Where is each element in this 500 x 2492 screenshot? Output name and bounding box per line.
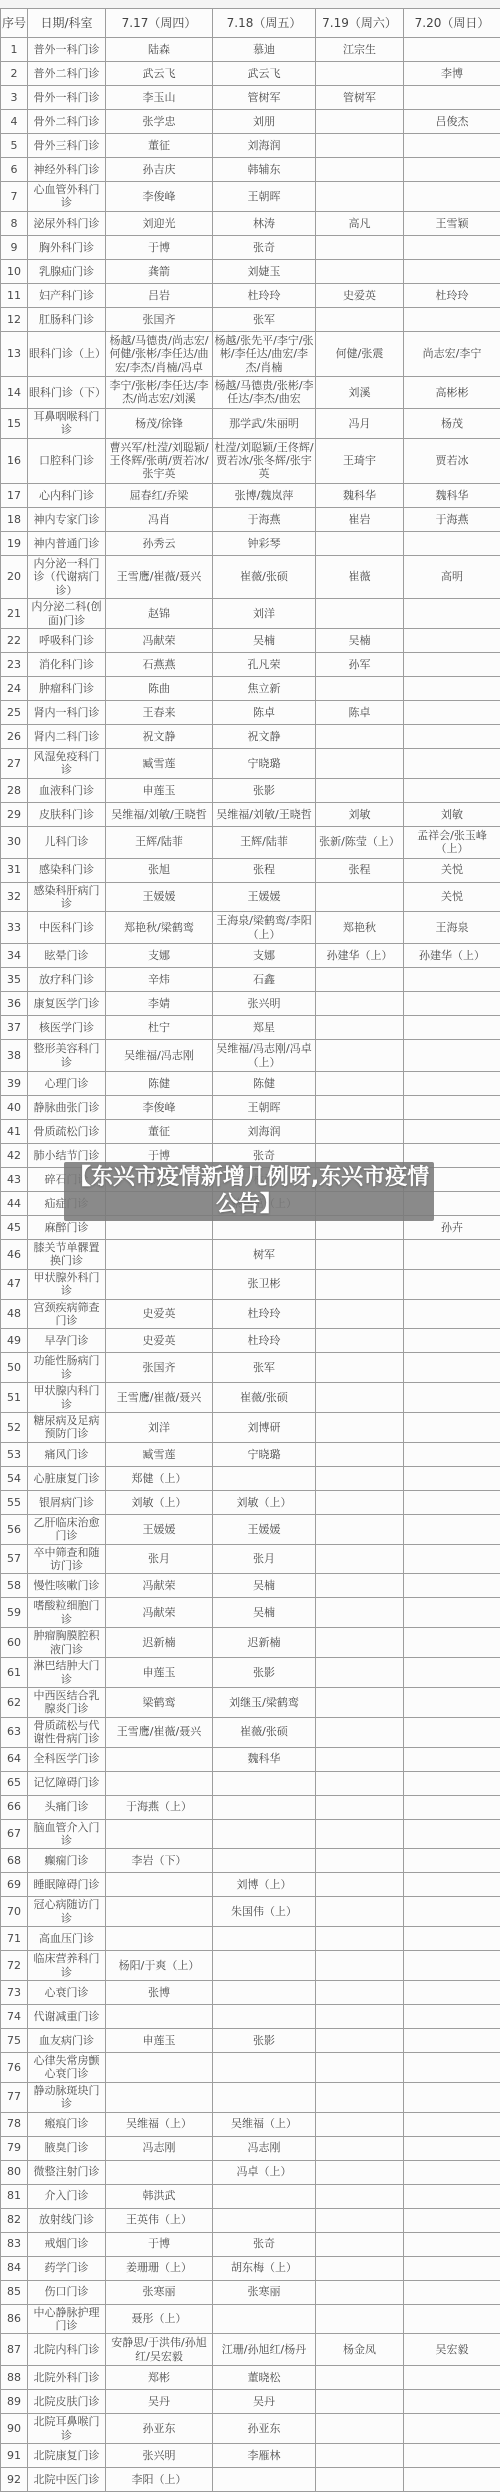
row-number: 36 <box>1 992 28 1016</box>
table-row: 52糖尿病及足病预防门诊刘洋刘博研 <box>1 1413 500 1443</box>
table-row: 5骨外三科门诊董征刘海润 <box>1 134 500 158</box>
row-number: 26 <box>1 724 28 748</box>
table-row: 71高血压门诊 <box>1 1927 500 1951</box>
doctor-cell-720 <box>404 1490 500 1514</box>
department-cell: 妇产科门诊 <box>28 283 106 307</box>
doctor-cell-717: 赵锦 <box>106 599 213 629</box>
row-number: 13 <box>1 331 28 376</box>
header-date-718: 7.18（周五） <box>213 9 316 38</box>
doctor-cell-717: 陈曲 <box>106 676 213 700</box>
doctor-cell-719 <box>316 599 404 629</box>
doctor-cell-719 <box>316 2366 404 2390</box>
doctor-cell-717: 冯肖 <box>106 507 213 531</box>
doctor-cell-718: 杜滢/刘聪颖/王佟辉/贾若冰/张冬辉/张宇英 <box>213 438 316 483</box>
doctor-cell-719 <box>316 1927 404 1951</box>
table-row: 59嗜酸粒细胞门诊冯献荣吴楠 <box>1 1598 500 1628</box>
department-cell: 甲状腺外科门诊 <box>28 1269 106 1299</box>
table-row: 39心理门诊陈健陈健 <box>1 1071 500 1095</box>
doctor-cell-717: 王媛媛 <box>106 1514 213 1544</box>
doctor-cell-720 <box>404 2232 500 2256</box>
doctor-cell-718: 刘朋 <box>213 110 316 134</box>
doctor-cell-718 <box>213 1771 316 1795</box>
row-number: 56 <box>1 1514 28 1544</box>
row-number: 60 <box>1 1628 28 1658</box>
department-cell: 心脏康复门诊 <box>28 1466 106 1490</box>
department-cell: 神经外科门诊 <box>28 158 106 182</box>
doctor-cell-719 <box>316 2028 404 2052</box>
doctor-cell-720 <box>404 1795 500 1819</box>
row-number: 7 <box>1 182 28 212</box>
doctor-cell-720 <box>404 1466 500 1490</box>
table-row: 57卒中筛查和随访门诊张月张月 <box>1 1544 500 1574</box>
table-row: 60肿瘤胸膜腔积液门诊迟新楠迟新楠 <box>1 1628 500 1658</box>
doctor-cell-717: 史爱英 <box>106 1329 213 1353</box>
table-row: 9胸外科门诊于博张奇 <box>1 235 500 259</box>
doctor-cell-719 <box>316 1299 404 1329</box>
table-row: 83戒烟门诊于博张奇 <box>1 2232 500 2256</box>
doctor-cell-719 <box>316 134 404 158</box>
row-number: 11 <box>1 283 28 307</box>
row-number: 59 <box>1 1598 28 1628</box>
table-row: 69睡眠障碍门诊刘博（上） <box>1 1873 500 1897</box>
doctor-cell-718: 吴楠 <box>213 1598 316 1628</box>
doctor-cell-719 <box>316 110 404 134</box>
table-row: 10乳腺疝门诊龚箭刘婕玉 <box>1 259 500 283</box>
doctor-cell-718: 于海燕 <box>213 507 316 531</box>
doctor-cell-717: 迟新楠 <box>106 1628 213 1658</box>
department-cell: 戒烟门诊 <box>28 2232 106 2256</box>
department-cell: 北院耳鼻喉门诊 <box>28 2414 106 2444</box>
row-number: 12 <box>1 307 28 331</box>
doctor-cell-719: 魏科华 <box>316 483 404 507</box>
doctor-cell-720 <box>404 2028 500 2052</box>
doctor-cell-719 <box>316 1687 404 1717</box>
row-number: 49 <box>1 1329 28 1353</box>
doctor-cell-717: 王雪鹰/崔薇/聂兴 <box>106 555 213 598</box>
header-date-717: 7.17（周四） <box>106 9 213 38</box>
row-number: 50 <box>1 1353 28 1383</box>
doctor-cell-719 <box>316 676 404 700</box>
department-cell: 内分泌二科(创面)门诊 <box>28 599 106 629</box>
row-number: 91 <box>1 2444 28 2468</box>
row-number: 2 <box>1 62 28 86</box>
doctor-cell-720: 于海燕 <box>404 507 500 531</box>
doctor-cell-720 <box>404 2304 500 2334</box>
table-row: 36康复医学门诊李婧张兴明 <box>1 992 500 1016</box>
doctor-cell-720 <box>404 1269 500 1299</box>
row-number: 54 <box>1 1466 28 1490</box>
doctor-cell-718: 李雁林 <box>213 2444 316 2468</box>
doctor-cell-720: 关悦 <box>404 858 500 882</box>
department-cell: 骨外一科门诊 <box>28 86 106 110</box>
doctor-cell-720 <box>404 1383 500 1413</box>
department-cell: 北院皮肤门诊 <box>28 2390 106 2414</box>
doctor-cell-719: 孙建华（上） <box>316 944 404 968</box>
doctor-cell-718: 胡东梅（上） <box>213 2256 316 2280</box>
department-cell: 早孕门诊 <box>28 1329 106 1353</box>
doctor-cell-719 <box>316 1544 404 1574</box>
doctor-cell-719 <box>316 1514 404 1544</box>
doctor-cell-717: 于博 <box>106 235 213 259</box>
doctor-cell-720 <box>404 700 500 724</box>
table-row: 63骨质疏松与代谢性骨病门诊王雪鹰/崔薇/聂兴崔薇/张硕 <box>1 1717 500 1747</box>
row-number: 14 <box>1 377 28 409</box>
doctor-cell-717: 祝文静 <box>106 724 213 748</box>
department-cell: 北院外科门诊 <box>28 2366 106 2390</box>
table-row: 46膝关节单髁置换门诊树军 <box>1 1239 500 1269</box>
doctor-cell-719 <box>316 1717 404 1747</box>
row-number: 28 <box>1 778 28 802</box>
table-row: 14眼科门诊（下）李宁/张彬/李任达/李杰/尚志宏/刘溪杨越/马德贵/张彬/李任… <box>1 377 500 409</box>
doctor-cell-717: 申莲玉 <box>106 2028 213 2052</box>
doctor-cell-717: 冯献荣 <box>106 1598 213 1628</box>
row-number: 87 <box>1 2334 28 2366</box>
doctor-cell-718: 张军 <box>213 307 316 331</box>
department-cell: 康复医学门诊 <box>28 992 106 1016</box>
doctor-cell-719: 刘敏 <box>316 802 404 826</box>
doctor-cell-717: 杨越/马德贵/尚志宏/何健/张彬/李任达/曲宏/李杰/肖楠/冯卓 <box>106 331 213 376</box>
doctor-cell-719 <box>316 1849 404 1873</box>
table-row: 66头痛门诊于海燕（上） <box>1 1795 500 1819</box>
doctor-cell-717 <box>106 1771 213 1795</box>
doctor-cell-720 <box>404 2366 500 2390</box>
department-cell: 骨质疏松与代谢性骨病门诊 <box>28 1717 106 1747</box>
doctor-cell-718: 慕迪 <box>213 38 316 62</box>
doctor-cell-720: 王雪颖 <box>404 211 500 235</box>
department-cell: 功能性肠病门诊 <box>28 1353 106 1383</box>
doctor-cell-717: 申莲玉 <box>106 778 213 802</box>
doctor-cell-718: 刘博（上） <box>213 1873 316 1897</box>
doctor-cell-719 <box>316 1819 404 1849</box>
doctor-cell-717: 姜珊珊（上） <box>106 2256 213 2280</box>
row-number: 15 <box>1 408 28 438</box>
doctor-cell-720 <box>404 2468 500 2492</box>
doctor-cell-719 <box>316 1329 404 1353</box>
doctor-cell-720 <box>404 2004 500 2028</box>
doctor-cell-718: 张影 <box>213 2028 316 2052</box>
header-row: 序号 日期/科室 7.17（周四） 7.18（周五） 7.19（周六） 7.20… <box>1 9 500 38</box>
doctor-cell-718: 武云飞 <box>213 62 316 86</box>
row-number: 16 <box>1 438 28 483</box>
department-cell: 放疗科门诊 <box>28 968 106 992</box>
table-row: 6神经外科门诊孙吉庆韩辅东 <box>1 158 500 182</box>
department-cell: 耳鼻咽喉科门诊 <box>28 408 106 438</box>
doctor-cell-720: 孙建华（上） <box>404 944 500 968</box>
doctor-cell-720 <box>404 1299 500 1329</box>
doctor-cell-719: 孙军 <box>316 652 404 676</box>
row-number: 92 <box>1 2468 28 2492</box>
department-cell: 普外二科门诊 <box>28 62 106 86</box>
doctor-cell-719: 张程 <box>316 858 404 882</box>
doctor-cell-718: 刘敏（上） <box>213 1490 316 1514</box>
doctor-cell-717: 吴丹 <box>106 2390 213 2414</box>
row-number: 23 <box>1 652 28 676</box>
doctor-cell-719 <box>316 1658 404 1688</box>
doctor-cell-718 <box>213 2184 316 2208</box>
doctor-cell-720 <box>404 2082 500 2112</box>
doctor-cell-717: 王英伟（上） <box>106 2208 213 2232</box>
doctor-cell-720 <box>404 1119 500 1143</box>
row-number: 30 <box>1 826 28 858</box>
row-number: 4 <box>1 110 28 134</box>
table-row: 27风湿免疫科门诊臧雪莲宁晓璐 <box>1 748 500 778</box>
doctor-cell-718: 魏科华 <box>213 1747 316 1771</box>
row-number: 73 <box>1 1980 28 2004</box>
doctor-cell-717: 龚箭 <box>106 259 213 283</box>
doctor-cell-717: 王春来 <box>106 700 213 724</box>
doctor-cell-718: 陈健 <box>213 1071 316 1095</box>
row-number: 85 <box>1 2280 28 2304</box>
table-row: 29皮肤科门诊吴维福/刘敏/王晓哲吴维福/刘敏/王晓哲刘敏刘敏 <box>1 802 500 826</box>
doctor-cell-720 <box>404 1897 500 1927</box>
doctor-cell-719 <box>316 2304 404 2334</box>
doctor-cell-720 <box>404 259 500 283</box>
doctor-cell-717: 臧雪莲 <box>106 1442 213 1466</box>
department-cell: 中医科门诊 <box>28 912 106 944</box>
doctor-cell-719: 郑艳秋 <box>316 912 404 944</box>
row-number: 34 <box>1 944 28 968</box>
department-cell: 核医学门诊 <box>28 1016 106 1040</box>
doctor-cell-719 <box>316 2004 404 2028</box>
doctor-cell-717: 杨阳/于爽（上） <box>106 1951 213 1981</box>
doctor-cell-719 <box>316 158 404 182</box>
department-cell: 介入门诊 <box>28 2184 106 2208</box>
doctor-cell-718: 林涛 <box>213 211 316 235</box>
doctor-cell-719 <box>316 1980 404 2004</box>
doctor-cell-718: 刘海润 <box>213 1119 316 1143</box>
row-number: 25 <box>1 700 28 724</box>
doctor-cell-718: 管树军 <box>213 86 316 110</box>
doctor-cell-720 <box>404 599 500 629</box>
table-row: 11妇产科门诊吕岩杜玲玲史爱英杜玲玲 <box>1 283 500 307</box>
doctor-cell-718: 石鑫 <box>213 968 316 992</box>
doctor-cell-718: 宁晓璐 <box>213 1442 316 1466</box>
doctor-cell-718: 刘婕玉 <box>213 259 316 283</box>
doctor-cell-719 <box>316 2112 404 2136</box>
doctor-cell-717: 王雪鹰/崔薇/聂兴 <box>106 1383 213 1413</box>
row-number: 31 <box>1 858 28 882</box>
table-row: 67脑血管介入门诊 <box>1 1819 500 1849</box>
doctor-cell-720 <box>404 1514 500 1544</box>
department-cell: 银屑病门诊 <box>28 1490 106 1514</box>
doctor-cell-719 <box>316 1873 404 1897</box>
doctor-cell-718 <box>213 2082 316 2112</box>
row-number: 27 <box>1 748 28 778</box>
doctor-cell-717: 辛炜 <box>106 968 213 992</box>
table-row: 49早孕门诊史爱英杜玲玲 <box>1 1329 500 1353</box>
department-cell: 全科医学门诊 <box>28 1747 106 1771</box>
doctor-cell-719: 崔薇 <box>316 555 404 598</box>
doctor-cell-718 <box>213 1466 316 1490</box>
doctor-cell-720: 王海泉 <box>404 912 500 944</box>
department-cell: 北院内科门诊 <box>28 2334 106 2366</box>
row-number: 63 <box>1 1717 28 1747</box>
doctor-cell-717: 吴维福（上） <box>106 2112 213 2136</box>
doctor-cell-718: 刘博研 <box>213 1413 316 1443</box>
table-row: 92北院中医门诊李阳（上） <box>1 2468 500 2492</box>
doctor-cell-718: 王朝晖 <box>213 182 316 212</box>
table-row: 75血友病门诊申莲玉张影 <box>1 2028 500 2052</box>
doctor-cell-717: 王雪鹰/崔薇/聂兴 <box>106 1717 213 1747</box>
table-row: 35放疗科门诊辛炜石鑫 <box>1 968 500 992</box>
table-row: 1普外一科门诊陆森慕迪江宗生 <box>1 38 500 62</box>
doctor-cell-718: 张奇 <box>213 2232 316 2256</box>
table-row: 26肾内二科门诊祝文静祝文静 <box>1 724 500 748</box>
table-row: 77静动脉斑块门诊 <box>1 2082 500 2112</box>
doctor-cell-717: 董征 <box>106 134 213 158</box>
row-number: 39 <box>1 1071 28 1095</box>
doctor-cell-718: 王媛媛 <box>213 882 316 912</box>
department-cell: 内分泌一科门诊（代谢病门诊） <box>28 555 106 598</box>
table-row: 15耳鼻咽喉科门诊杨茂/徐锋那学武/朱丽明冯月杨茂 <box>1 408 500 438</box>
doctor-cell-718: 刘海润 <box>213 134 316 158</box>
doctor-cell-719 <box>316 2082 404 2112</box>
doctor-cell-719 <box>316 1628 404 1658</box>
department-cell: 伤口门诊 <box>28 2280 106 2304</box>
doctor-cell-717: 张月 <box>106 1544 213 1574</box>
table-row: 89北院皮肤门诊吴丹吴丹 <box>1 2390 500 2414</box>
doctor-cell-717: 郑艳秋/梁鹤鸾 <box>106 912 213 944</box>
row-number: 48 <box>1 1299 28 1329</box>
doctor-cell-718: 王朝晖 <box>213 1095 316 1119</box>
doctor-cell-719 <box>316 1383 404 1413</box>
doctor-cell-720 <box>404 531 500 555</box>
table-row: 48宫颈疾病筛查门诊史爱英杜玲玲 <box>1 1299 500 1329</box>
department-cell: 骨质疏松门诊 <box>28 1119 106 1143</box>
doctor-cell-717: 李阳（上） <box>106 2468 213 2492</box>
doctor-cell-719 <box>316 778 404 802</box>
doctor-cell-720 <box>404 182 500 212</box>
table-row: 58慢性咳嗽门诊冯献荣吴楠 <box>1 1574 500 1598</box>
doctor-cell-720 <box>404 307 500 331</box>
table-row: 18神内专家门诊冯肖于海燕崔岩于海燕 <box>1 507 500 531</box>
department-cell: 整形美容科门诊 <box>28 1040 106 1072</box>
doctor-cell-719 <box>316 968 404 992</box>
doctor-cell-717: 于海燕（上） <box>106 1795 213 1819</box>
doctor-cell-717: 孙吉庆 <box>106 158 213 182</box>
doctor-cell-719: 吴楠 <box>316 628 404 652</box>
table-row: 64全科医学门诊魏科华 <box>1 1747 500 1771</box>
department-cell: 甲状腺内科门诊 <box>28 1383 106 1413</box>
doctor-cell-720 <box>404 1353 500 1383</box>
table-row: 41骨质疏松门诊董征刘海润 <box>1 1119 500 1143</box>
doctor-cell-720 <box>404 1873 500 1897</box>
doctor-cell-718: 杨越/马德贵/张彬/李任达/李杰/曲宏 <box>213 377 316 409</box>
table-row: 73心衰门诊张博 <box>1 1980 500 2004</box>
doctor-cell-719 <box>316 307 404 331</box>
row-number: 37 <box>1 1016 28 1040</box>
department-cell: 儿科门诊 <box>28 826 106 858</box>
doctor-cell-719: 崔岩 <box>316 507 404 531</box>
doctor-cell-720: 高彬彬 <box>404 377 500 409</box>
table-row: 3骨外一科门诊李玉山管树军管树军 <box>1 86 500 110</box>
doctor-cell-717: 孙秀云 <box>106 531 213 555</box>
doctor-cell-720 <box>404 1040 500 1072</box>
row-number: 33 <box>1 912 28 944</box>
doctor-cell-718: 崔薇/张硕 <box>213 1383 316 1413</box>
doctor-cell-720 <box>404 134 500 158</box>
doctor-cell-718: 焦立新 <box>213 676 316 700</box>
table-row: 50功能性肠病门诊张国齐张军 <box>1 1353 500 1383</box>
table-row: 81介入门诊韩洪武 <box>1 2184 500 2208</box>
department-cell: 感染科肝病门诊 <box>28 882 106 912</box>
doctor-cell-720: 吴宏毅 <box>404 2334 500 2366</box>
doctor-cell-719 <box>316 1095 404 1119</box>
table-row: 70冠心病随访门诊朱国伟（上） <box>1 1897 500 1927</box>
row-number: 82 <box>1 2208 28 2232</box>
doctor-cell-720 <box>404 2160 500 2184</box>
doctor-cell-717: 张国齐 <box>106 1353 213 1383</box>
row-number: 41 <box>1 1119 28 1143</box>
department-cell: 静动脉斑块门诊 <box>28 2082 106 2112</box>
doctor-cell-720 <box>404 1095 500 1119</box>
row-number: 44 <box>1 1191 28 1215</box>
row-number: 8 <box>1 211 28 235</box>
doctor-cell-720 <box>404 1598 500 1628</box>
table-row: 40静脉曲张门诊李俊峰王朝晖 <box>1 1095 500 1119</box>
doctor-cell-720 <box>404 2280 500 2304</box>
table-header: 序号 日期/科室 7.17（周四） 7.18（周五） 7.19（周六） 7.20… <box>1 9 500 38</box>
doctor-cell-720 <box>404 1771 500 1795</box>
row-number: 46 <box>1 1239 28 1269</box>
doctor-cell-720 <box>404 652 500 676</box>
doctor-cell-717: 梁鹤鸾 <box>106 1687 213 1717</box>
row-number: 22 <box>1 628 28 652</box>
department-cell: 心律失常房颤心衰门诊 <box>28 2052 106 2082</box>
doctor-cell-717: 史爱英 <box>106 1299 213 1329</box>
department-cell: 胸外科门诊 <box>28 235 106 259</box>
doctor-cell-718: 王媛媛 <box>213 1514 316 1544</box>
table-row: 47甲状腺外科门诊张卫彬 <box>1 1269 500 1299</box>
doctor-cell-717: 韩洪武 <box>106 2184 213 2208</box>
table-row: 68癫痫门诊李岩（下） <box>1 1849 500 1873</box>
doctor-cell-719: 史爱英 <box>316 283 404 307</box>
doctor-cell-719 <box>316 1574 404 1598</box>
doctor-cell-717 <box>106 2052 213 2082</box>
doctor-cell-717: 屈春红/乔梁 <box>106 483 213 507</box>
department-cell: 高血压门诊 <box>28 1927 106 1951</box>
doctor-cell-719 <box>316 182 404 212</box>
doctor-cell-719 <box>316 2184 404 2208</box>
doctor-cell-718: 张军 <box>213 1353 316 1383</box>
table-row: 90北院耳鼻喉门诊孙亚东孙亚东 <box>1 2414 500 2444</box>
doctor-cell-718: 张程 <box>213 858 316 882</box>
row-number: 40 <box>1 1095 28 1119</box>
doctor-cell-717: 武云飞 <box>106 62 213 86</box>
doctor-cell-720 <box>404 2390 500 2414</box>
department-cell: 心内科门诊 <box>28 483 106 507</box>
department-cell: 感染科门诊 <box>28 858 106 882</box>
doctor-cell-717: 冯志刚 <box>106 2136 213 2160</box>
doctor-cell-720: 杜玲玲 <box>404 283 500 307</box>
department-cell: 放射线门诊 <box>28 2208 106 2232</box>
doctor-cell-718 <box>213 2004 316 2028</box>
doctor-cell-720 <box>404 38 500 62</box>
doctor-cell-718: 郑星 <box>213 1016 316 1040</box>
doctor-cell-717: 李岩（下） <box>106 1849 213 1873</box>
doctor-cell-719 <box>316 2444 404 2468</box>
doctor-cell-717: 张寒丽 <box>106 2280 213 2304</box>
row-number: 81 <box>1 2184 28 2208</box>
doctor-cell-717: 李宁/张彬/李任达/李杰/尚志宏/刘溪 <box>106 377 213 409</box>
doctor-cell-718: 张卫彬 <box>213 1269 316 1299</box>
department-cell: 痛风门诊 <box>28 1442 106 1466</box>
table-row: 84药学门诊姜珊珊（上）胡东梅（上） <box>1 2256 500 2280</box>
table-row: 88北院外科门诊郑彬董晓松 <box>1 2366 500 2390</box>
doctor-cell-718 <box>213 1819 316 1849</box>
row-number: 68 <box>1 1849 28 1873</box>
department-cell: 冠心病随访门诊 <box>28 1897 106 1927</box>
